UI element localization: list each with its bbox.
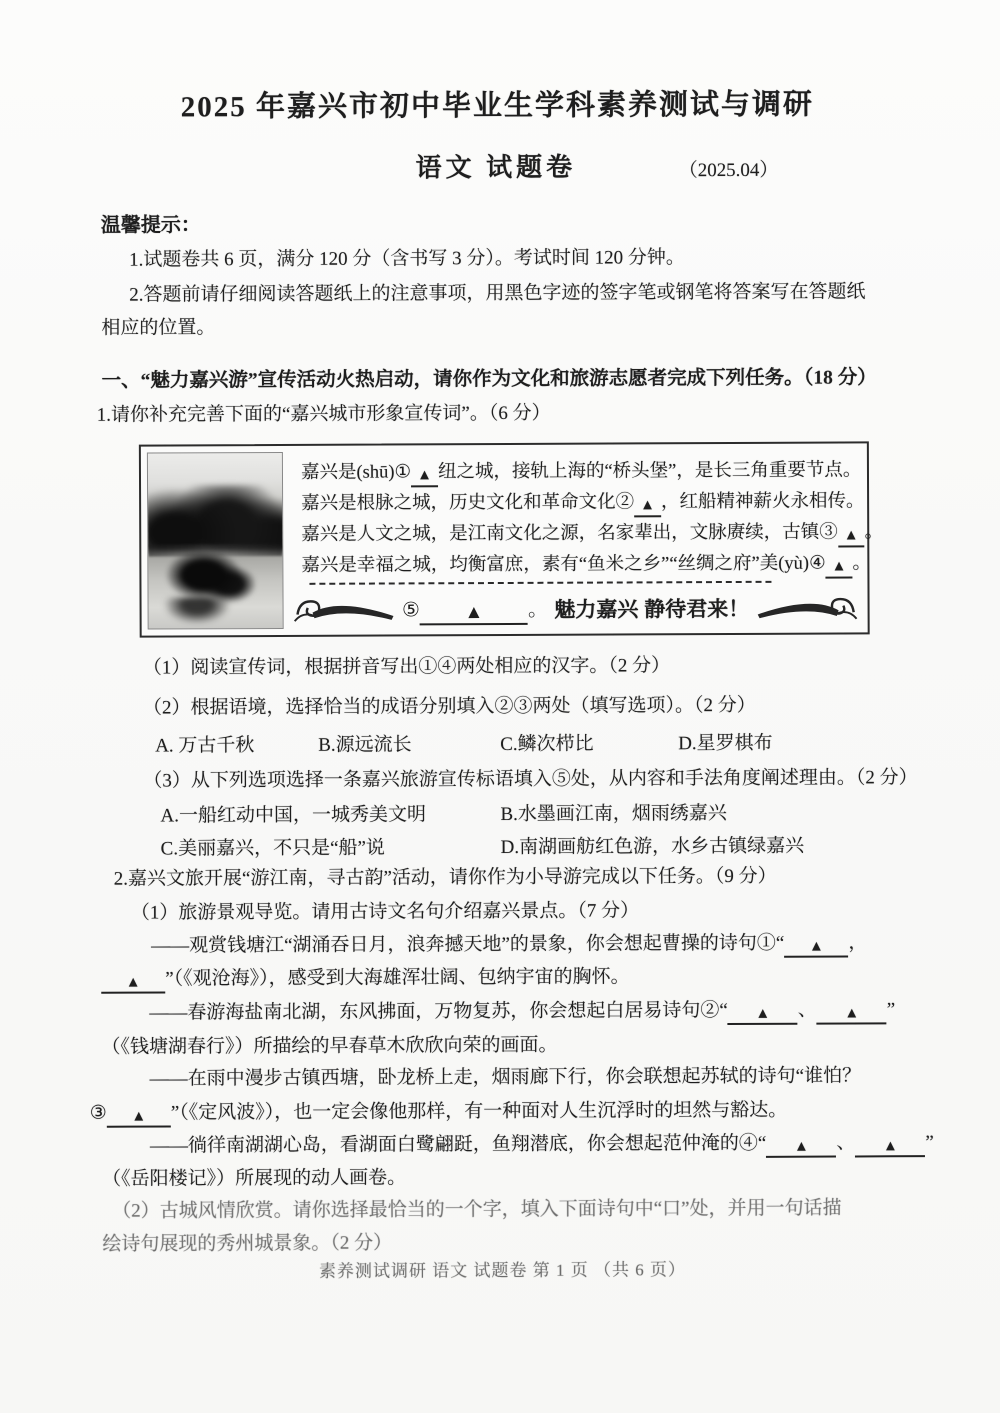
quote-line-2b: （《钱塘湖春行》）所描绘的早春草木欣欣向荣的画面。 [101,1034,557,1060]
answer-blank-q1a: ▲ [784,935,848,957]
quote-1-comma: ， [848,932,867,953]
answer-blank-q1b: ▲ [101,971,165,993]
quote-2-text: ——春游海盐南北湖，东风拂面，万物复苏，你会想起白居易诗句②“ [149,1000,728,1024]
promo-line-1-pre: 嘉兴是(shū)① [301,462,411,482]
exam-paper-page: 2025 年嘉兴市初中毕业生学科素养测试与调研 语文 试题卷 （2025.04）… [0,0,1000,1413]
quote-line-4a: ——徜徉南湖湖心岛，看湖面白鹭翩跹，鱼翔潜底，你会想起范仲淹的④“▲、▲” [150,1131,934,1160]
promo-line-2: 嘉兴是根脉之城，历史文化和革命文化②▲，红船精神薪火永相传。 [301,486,865,518]
quote-2-sep: 、 [798,1000,817,1021]
option-D: D.星罗棋布 [678,732,773,756]
banner-period: 。 [528,599,548,621]
promo-line-3-pre: 嘉兴是人文之城，是江南文化之源，名家辈出，文脉赓续，古镇③ [301,523,838,545]
answer-blank-q2a: ▲ [728,1003,798,1025]
promo-box: 嘉兴是(shū)①▲纽之城，接轨上海的“桥头堡”，是长三角重要节点。 嘉兴是根脉… [139,441,870,637]
dashed-divider [309,581,771,585]
answer-blank-5: ▲ [420,602,528,625]
quote-1b-text: ”（《观沧海》），感受到大海雄浑壮阔、包纳宇宙的胸怀。 [165,966,630,989]
section-1-heading: 一、“魅力嘉兴游”宣传活动火热启动，请你作为文化和旅游志愿者完成下列任务。（18… [102,366,877,394]
quote-3-text: ”（《定风波》），也一定会像他那样，有一种面对人生沉浮时的坦然与豁达。 [171,1100,788,1124]
tree-silhouette [147,484,284,551]
page-title: 2025 年嘉兴市初中毕业生学科素养测试与调研 [0,86,997,127]
quote-4-text: ——徜徉南湖湖心岛，看湖面白鹭翩跹，鱼翔潜底，你会想起范仲淹的④“ [150,1133,767,1157]
notice-line-2: 2.答题前请仔细阅读答题纸上的注意事项，用黑色字迹的签字笔或钢笔将答案写在答题纸 [129,280,865,307]
notice-line-1: 1.试题卷共 6 页，满分 120 分（含书写 3 分）。考试时间 120 分钟… [129,246,685,272]
quote-line-3b: ③▲”（《定风波》），也一定会像他那样，有一种面对人生沉浮时的坦然与豁达。 [90,1099,788,1128]
slogan-banner: ⑤▲。 魅力嘉兴 静待君来！ [291,587,859,629]
quote-1-text: ——观赏钱塘江“湖涌吞日月，浪奔撼天地”的景象，你会想起曹操的诗句①“ [151,933,784,957]
page-footer: 素养测试调研 语文 试题卷 第 1 页 （共 6 页） [2,1258,1000,1284]
scanned-content: 2025 年嘉兴市初中毕业生学科素养测试与调研 语文 试题卷 （2025.04）… [0,0,1000,1413]
option-C: C.鳞次栉比 [500,733,594,757]
option-B: B.源远流长 [318,733,412,757]
answer-blank-q4b: ▲ [855,1135,925,1157]
slogan-option-A: A.一船红动中国，一城秀美文明 [160,803,426,828]
promo-line-3: 嘉兴是人文之城，是江南文化之源，名家辈出，文脉赓续，古镇③▲。 [301,517,883,549]
quote-2-endquote: ” [887,999,896,1020]
slogan-option-C: C.美丽嘉兴，不只是“船”说 [161,837,385,862]
answer-blank-3: ▲ [838,525,865,547]
answer-blank-q4a: ▲ [766,1136,836,1158]
answer-blank-q2b: ▲ [817,1002,887,1024]
exam-subject: 语文 试题卷 [416,152,577,185]
banner-blank-line: ⑤▲。 [402,593,548,626]
banner-number: ⑤ [402,599,420,621]
notice-heading: 温馨提示： [101,213,201,238]
task-2-heading: 2.嘉兴文旅开展“游江南，寻古韵”活动，请你作为小导游完成以下任务。（9 分） [114,865,777,892]
promo-line-4: 嘉兴是幸福之城，均衡富庶，素有“鱼米之乡”“丝绸之府”美(yù)④▲。 [301,548,871,580]
quote-line-4b: （《岳阳楼记》）所展现的动人画卷。 [102,1166,406,1191]
promo-line-4-pre: 嘉兴是幸福之城，均衡富庶，素有“鱼米之乡”“丝绸之府”美(yù)④ [301,554,825,576]
task-2-sub-2a: （2）古城风情欣赏。请你选择最恰当的一个字，填入下面诗句中“口”处，并用一句话描 [112,1197,841,1224]
slogan-option-D: D.南湖画舫红色游，水乡古镇绿嘉兴 [501,835,805,860]
exam-date: （2025.04） [679,159,779,183]
quote-3-number: ③ [90,1103,107,1124]
answer-blank-2: ▲ [634,495,661,517]
slogan-option-B: B.水墨画江南，烟雨绣嘉兴 [500,802,727,827]
promo-line-1: 嘉兴是(shū)①▲纽之城，接轨上海的“桥头堡”，是长三角重要节点。 [301,455,862,487]
quote-line-1b: ▲”（《观沧海》），感受到大海雄浑壮阔、包纳宇宙的胸怀。 [101,965,630,993]
south-lake-red-boat-photo [147,452,284,630]
flourish-ornament-right [756,591,860,623]
quote-line-1a: ——观赏钱塘江“湖涌吞日月，浪奔撼天地”的景象，你会想起曹操的诗句①“▲， [151,931,867,960]
quote-4-endquote: ” [925,1132,934,1153]
task-2-sub-2b: 绘诗句展现的秀州城景象。（2 分） [102,1231,392,1256]
promo-line-2-pre: 嘉兴是根脉之城，历史文化和革命文化② [301,492,634,513]
answer-blank-q3: ▲ [107,1105,171,1127]
banner-slogan: 魅力嘉兴 静待君来！ [554,593,749,624]
quote-line-3a: ——在雨中漫步古镇西塘，卧龙桥上走，烟雨廊下行，你会联想起苏轼的诗句“谁怕？ [150,1064,862,1091]
promo-line-3-post: 。 [865,522,884,542]
notice-line-3: 相应的位置。 [101,316,215,340]
promo-line-1-post: 纽之城，接轨上海的“桥头堡”，是长三角重要节点。 [438,460,862,482]
question-1-1: （1）阅读宣传词，根据拼音写出①④两处相应的汉字。（2 分） [143,654,670,680]
quote-line-2a: ——春游海盐南北湖，东风拂面，万物复苏，你会想起白居易诗句②“▲、▲” [149,998,895,1027]
answer-blank-1: ▲ [411,465,438,487]
option-A: A. 万古千秋 [155,734,254,758]
question-1-3: （3）从下列选项选择一条嘉兴旅游宣传标语填入⑤处，从内容和手法角度阐述理由。（2… [143,766,917,793]
promo-line-4-post: 。 [852,553,871,573]
answer-blank-4: ▲ [826,556,853,578]
quote-4-sep: 、 [836,1132,855,1153]
task-1-line: 1.请你补充完善下面的“嘉兴城市形象宣传词”。（6 分） [97,402,551,428]
promo-line-2-post: ，红船精神薪火永相传。 [661,491,865,512]
water-reflection [159,597,253,629]
question-1-2: （2）根据语境，选择恰当的成语分别填入②③两处（填写选项）。（2 分） [143,694,756,720]
task-2-sub-1: （1）旅游景观导览。请用古诗文名句介绍嘉兴景点。（7 分） [131,899,639,925]
flourish-ornament-left [292,593,396,625]
